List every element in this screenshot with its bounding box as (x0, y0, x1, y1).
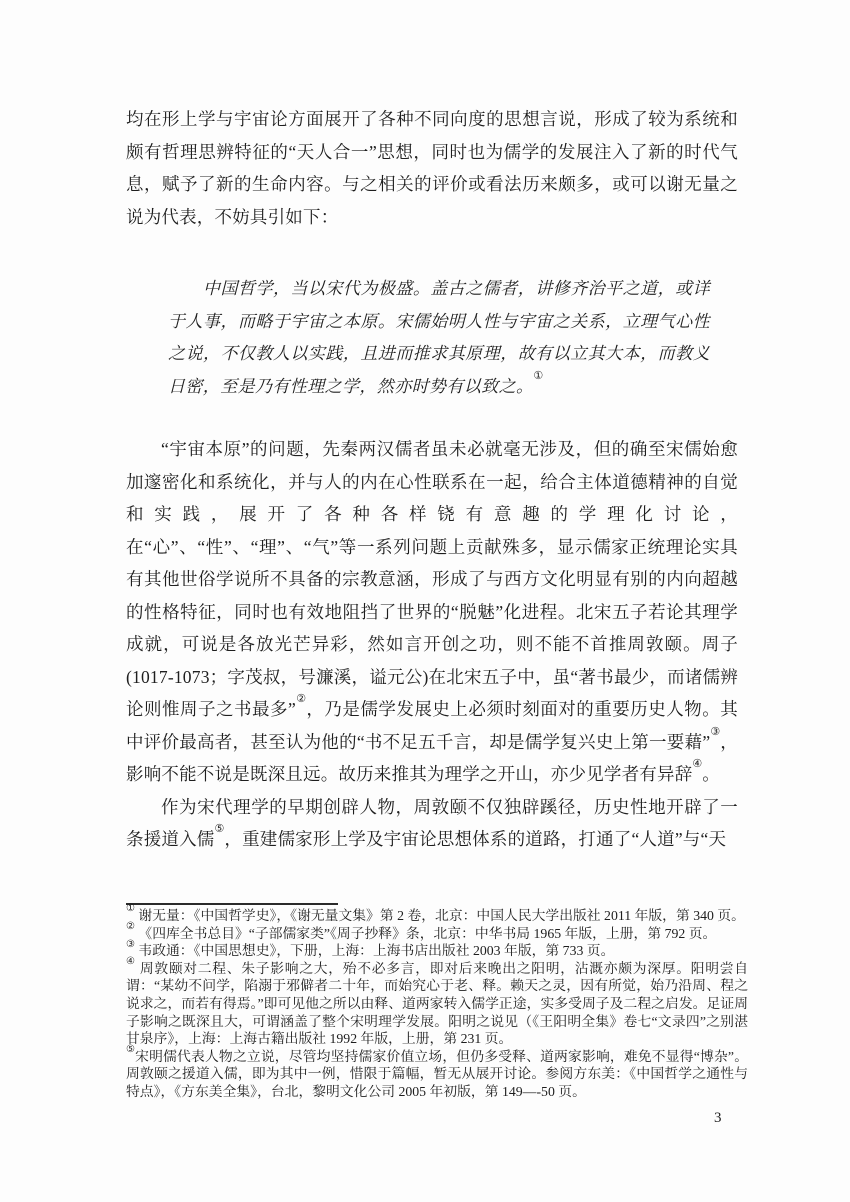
footnote-marker: ⑤ (126, 1044, 135, 1055)
footnote-ref-1: ① (533, 370, 543, 382)
footnote-text: 周敦颐对二程、朱子影响之大，殆不必多言，即对后来晚出之阳明，沾溉亦颇为深厚。阳明… (126, 961, 748, 1046)
document-page: 均在形上学与宇宙论方面展开了各种不同向度的思想言说，形成了较为系统和颇有哲理思辨… (0, 0, 850, 1202)
footnote-item: ① 谢无量：《中国哲学史》，《谢无量文集》第 2 卷，北京：中国人民大学出版社 … (126, 907, 748, 925)
page-body: 均在形上学与宇宙论方面展开了各种不同向度的思想言说，形成了较为系统和颇有哲理思辨… (126, 103, 738, 856)
footnote-text: 谢无量：《中国哲学史》，《谢无量文集》第 2 卷，北京：中国人民大学出版社 20… (135, 908, 745, 923)
paragraph-text: “宇宙本原”的问题，先秦两汉儒者虽未必就毫无涉及，但的确至宋儒始愈加邃密化和系统… (126, 439, 738, 719)
paragraph-2: “宇宙本原”的问题，先秦两汉儒者虽未必就毫无涉及，但的确至宋儒始愈加邃密化和系统… (126, 433, 738, 791)
footnote-ref-4: ④ (692, 758, 702, 770)
page-number: 3 (714, 1110, 722, 1127)
quote-text: 中国哲学，当以宋代为极盛。盖古之儒者，讲修齐治平之道，或详于人事，而略于宇宙之本… (168, 279, 710, 396)
footnote-marker: ② (126, 921, 135, 932)
footnote-item: ② 《四库全书总目》“子部儒家类”《周子抄释》条，北京：中华书局 1965 年版… (126, 925, 748, 943)
footnote-ref-2: ② (296, 693, 306, 705)
footnote-ref-5: ⑤ (215, 823, 225, 835)
block-quote: 中国哲学，当以宋代为极盛。盖古之儒者，讲修齐治平之道，或详于人事，而略于宇宙之本… (168, 273, 710, 403)
paragraph-text: ，重建儒家形上学及宇宙论思想体系的道路，打通了“人道”与“天 (224, 829, 726, 849)
footnote-item: ③ 韦政通：《中国思想史》，下册，上海：上海书店出版社 2003 年版，第 73… (126, 942, 748, 960)
footnote-item: ⑤宋明儒代表人物之立说，尽管均坚持儒家价值立场，但仍多受释、道两家影响，难免不显… (126, 1048, 748, 1101)
paragraph-3: 作为宋代理学的早期创辟人物，周敦颐不仅独辟蹊径，历史性地开辟了一条援道入儒⑤，重… (126, 791, 738, 856)
footnote-item: ④ 周敦颐对二程、朱子影响之大，殆不必多言，即对后来晚出之阳明，沾溉亦颇为深厚。… (126, 960, 748, 1048)
footnote-marker: ① (126, 903, 135, 914)
paragraph-text: 均在形上学与宇宙论方面展开了各种不同向度的思想言说，形成了较为系统和颇有哲理思辨… (126, 109, 738, 227)
footnote-marker: ④ (126, 956, 136, 967)
footnote-separator (126, 903, 338, 905)
paragraph-continuation: 均在形上学与宇宙论方面展开了各种不同向度的思想言说，形成了较为系统和颇有哲理思辨… (126, 103, 738, 233)
footnotes-section: ① 谢无量：《中国哲学史》，《谢无量文集》第 2 卷，北京：中国人民大学出版社 … (126, 907, 748, 1101)
footnote-ref-3: ③ (710, 726, 720, 738)
footnote-marker: ③ (126, 939, 135, 950)
paragraph-text: 。 (702, 764, 720, 784)
footnote-text: 宋明儒代表人物之立说，尽管均坚持儒家价值立场，但仍多受释、道两家影响，难免不显得… (126, 1049, 748, 1099)
footnote-text: 《四库全书总目》“子部儒家类”《周子抄释》条，北京：中华书局 1965 年版，上… (135, 926, 716, 941)
footnote-text: 韦政通：《中国思想史》，下册，上海：上海书店出版社 2003 年版，第 733 … (135, 943, 614, 958)
